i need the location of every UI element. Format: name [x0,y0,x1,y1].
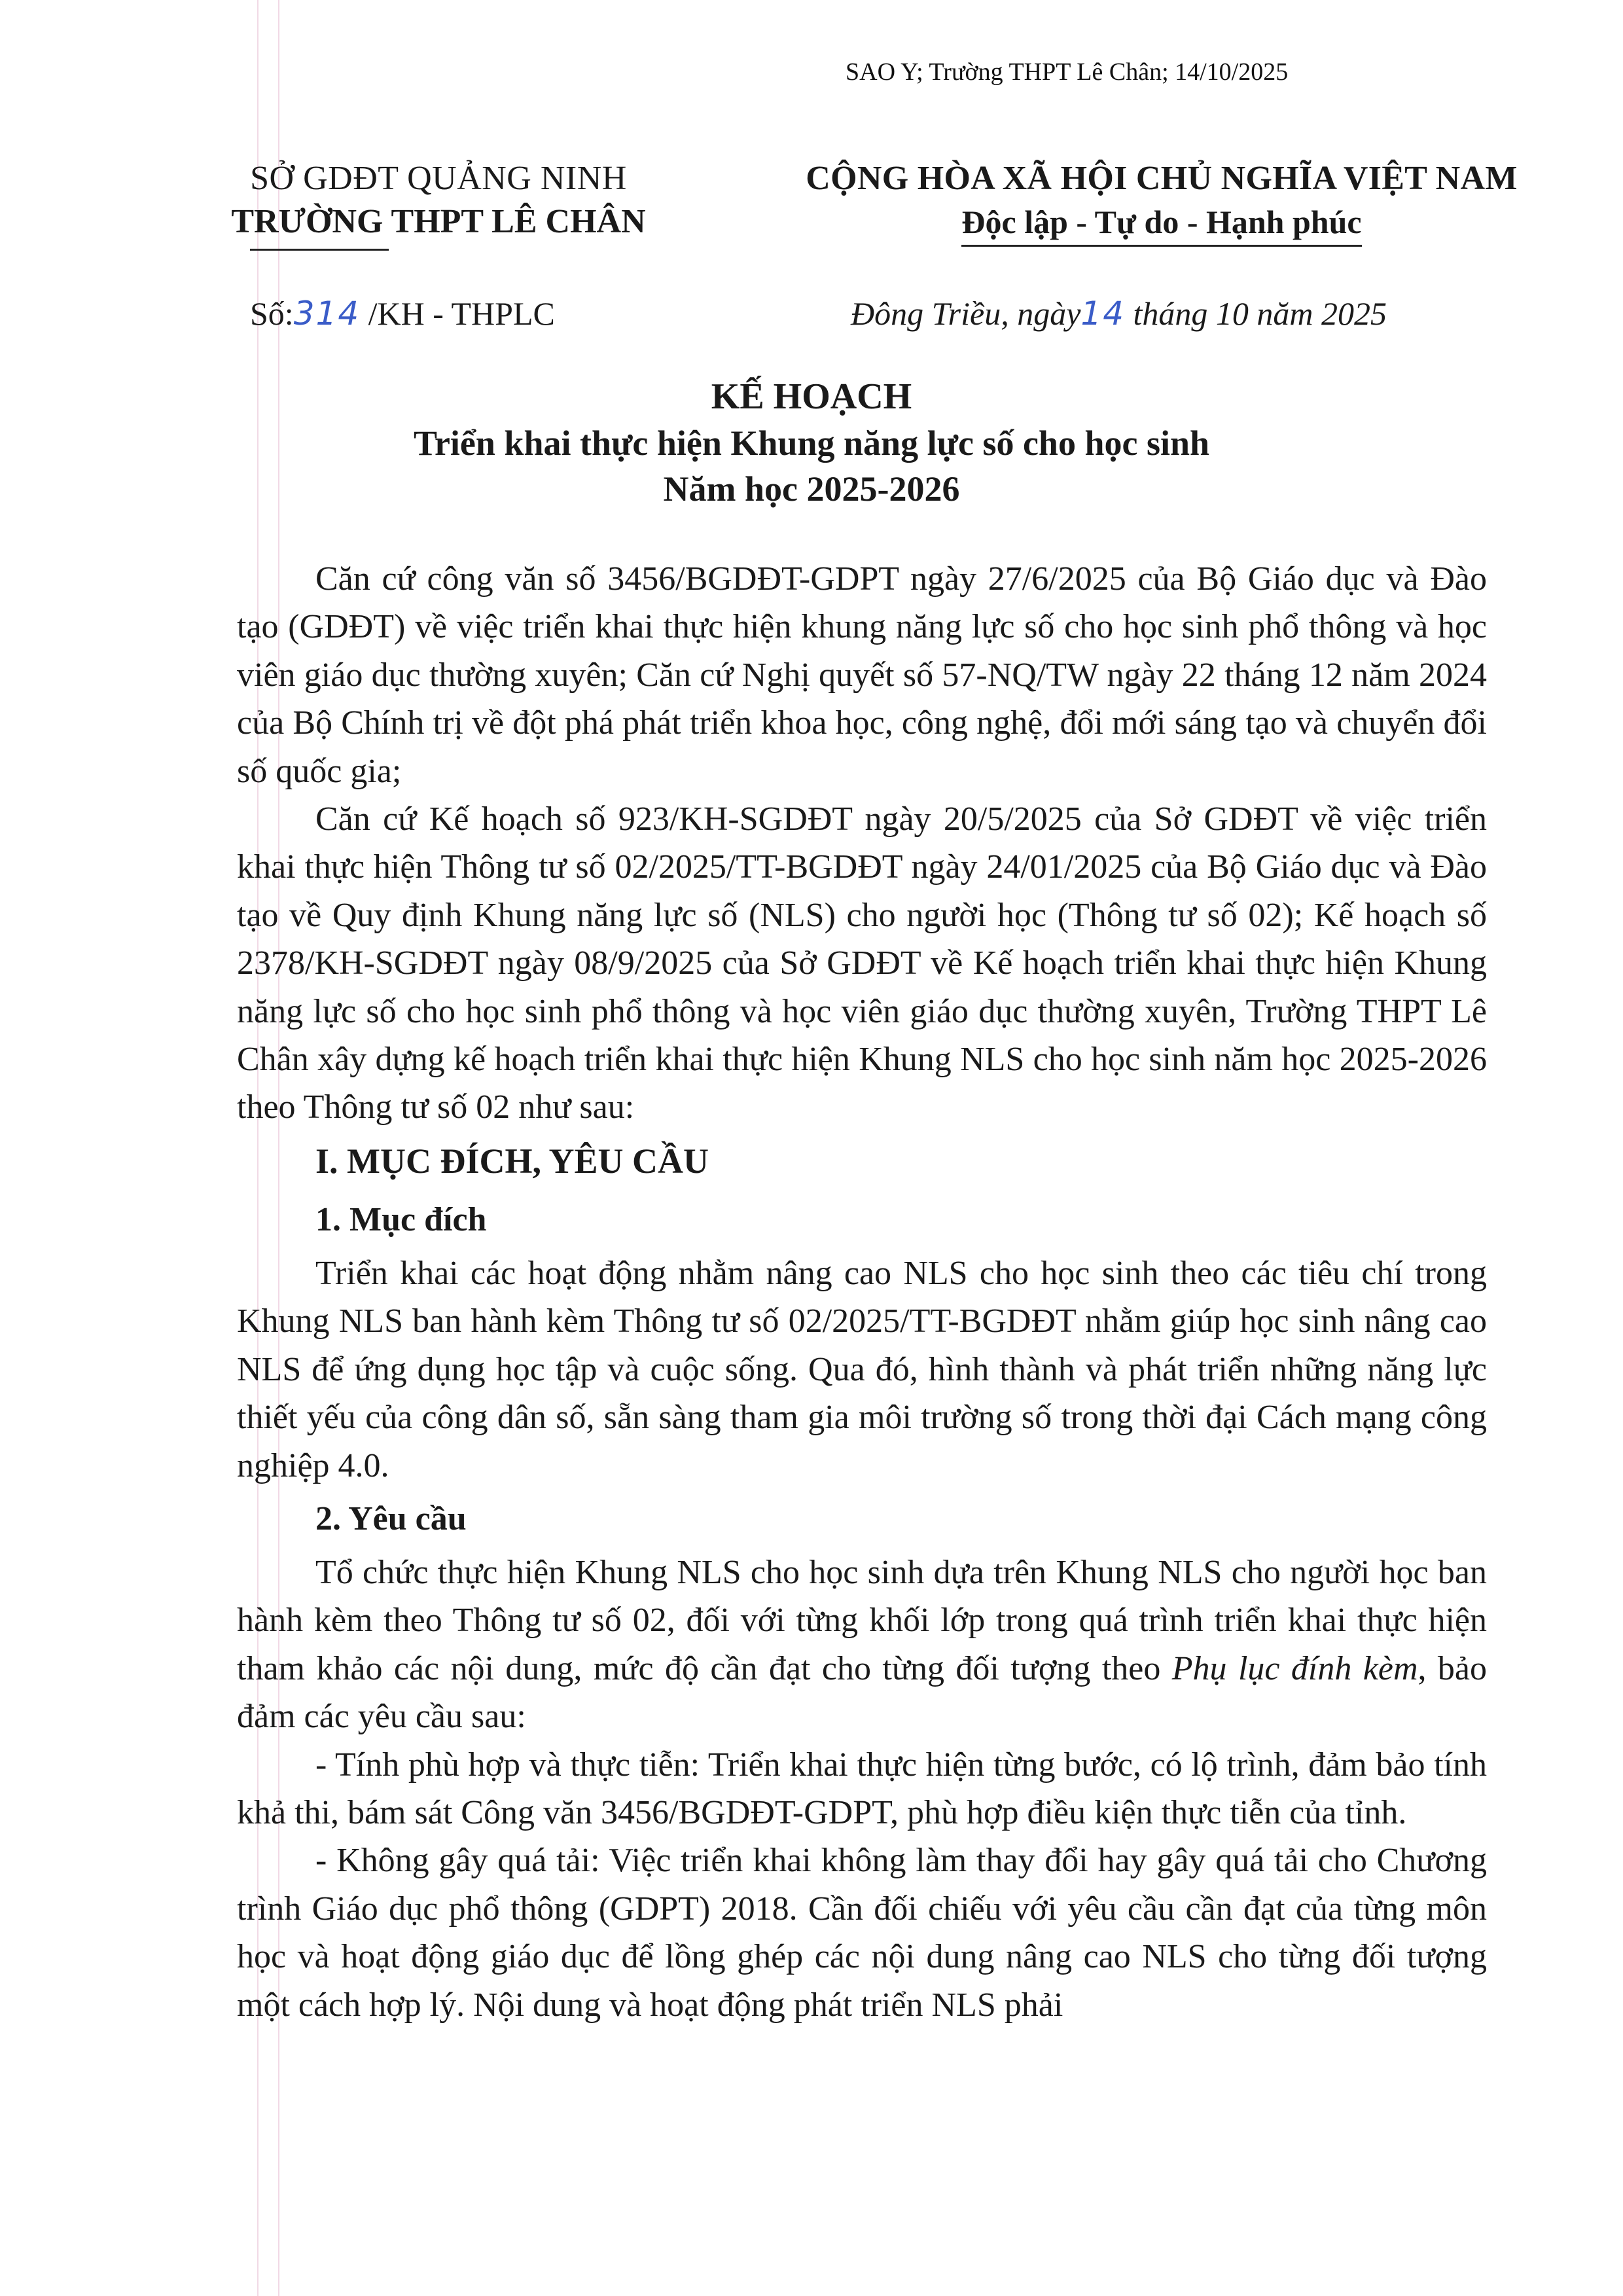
handwritten-number: 314 [294,295,360,332]
paragraph-requirement-practical: - Tính phù hợp và thực tiễn: Triển khai … [237,1741,1487,1837]
document-body: Căn cứ công văn số 3456/BGDĐT-GDPT ngày … [237,555,1487,2029]
date-prefix: Đông Triều, ngày [851,295,1080,332]
paragraph-basis-1: Căn cứ công văn số 3456/BGDĐT-GDPT ngày … [237,555,1487,795]
subheading-requirements: 2. Yêu cầu [237,1490,1487,1549]
copy-stamp: SAO Y; Trường THPT Lê Chân; 14/10/2025 [846,58,1288,86]
paragraph-requirements: Tổ chức thực hiện Khung NLS cho học sinh… [237,1549,1487,1741]
paragraph-basis-2: Căn cứ Kế hoạch số 923/KH-SGDĐT ngày 20/… [237,795,1487,1132]
header-right: CỘNG HÒA XÃ HỘI CHỦ NGHĨA VIỆT NAM Độc l… [753,157,1571,247]
title-school-year: Năm học 2025-2026 [190,466,1433,512]
subheading-purpose: 1. Mục đích [237,1191,1487,1249]
title-subject: Triển khai thực hiện Khung năng lực số c… [190,420,1433,466]
header-left-underline [250,249,389,251]
agency-name: SỞ GDĐT QUẢNG NINH [190,157,687,200]
header-left: SỞ GDĐT QUẢNG NINH TRƯỜNG THPT LÊ CHÂN [190,157,687,243]
appendix-reference: Phụ lục đính kèm [1172,1650,1418,1687]
number-label: Số: [250,295,294,332]
school-name: TRƯỜNG THPT LÊ CHÂN [190,200,687,243]
document-title: KẾ HOẠCH Triển khai thực hiện Khung năng… [190,373,1433,512]
paragraph-requirement-no-overload: - Không gây quá tải: Việc triển khai khô… [237,1837,1487,2029]
document-number: Số:314 /KH - THPLC [250,295,555,332]
handwritten-day: 14 [1080,295,1125,332]
number-suffix: /KH - THPLC [368,295,555,332]
title-main: KẾ HOẠCH [190,373,1433,420]
national-motto: Độc lập - Tự do - Hạnh phúc [961,200,1361,247]
place-date: Đông Triều, ngày14 tháng 10 năm 2025 [851,295,1387,332]
republic-name: CỘNG HÒA XÃ HỘI CHỦ NGHĨA VIỆT NAM [753,157,1571,200]
section-heading-purpose-requirements: I. MỤC ĐÍCH, YÊU CẦU [237,1132,1487,1191]
paragraph-purpose: Triển khai các hoạt động nhằm nâng cao N… [237,1249,1487,1490]
date-suffix: tháng 10 năm 2025 [1133,295,1387,332]
